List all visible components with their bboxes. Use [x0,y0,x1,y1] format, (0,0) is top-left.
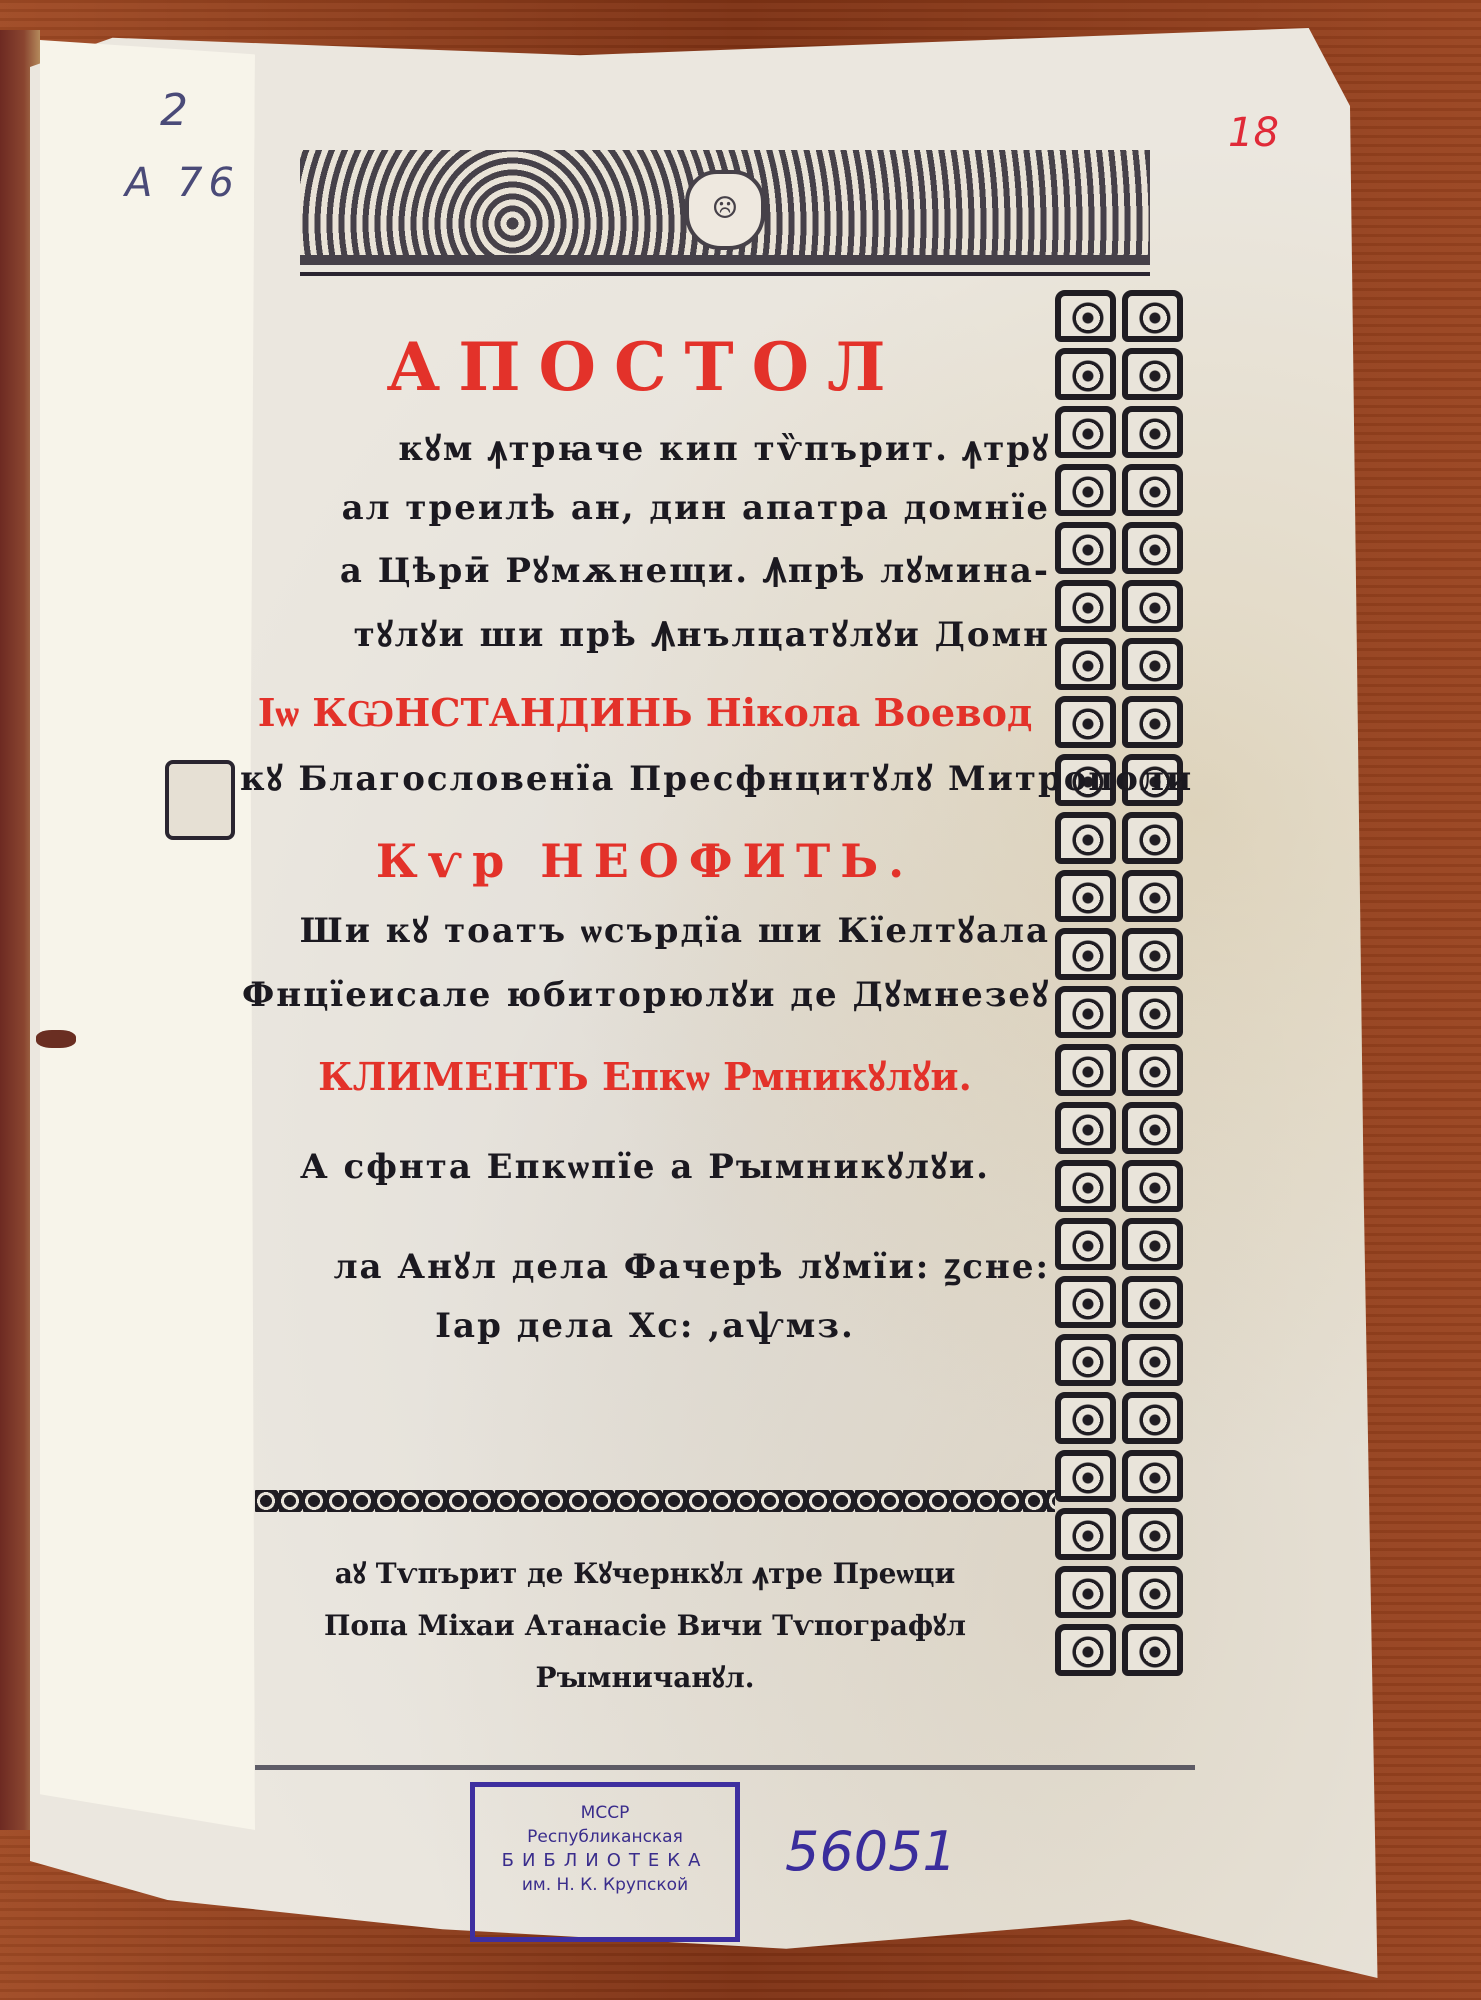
text-line: тꙋлꙋи ши прѣ Ꙟнълцатꙋлꙋи Домн [240,610,1050,656]
year-line: ла Анꙋл дела Фачерѣ лꙋмїи: ꙁсне: [240,1242,1050,1288]
stain [36,1030,76,1048]
text-line: кꙋм ꙟтрꙗче кип тѷпърит. ꙟтрꙋ [240,424,1050,470]
imprint-block: аꙋ Тѵпърит де Кꙋчернкꙋл ꙟтре Преѡци Попа… [240,1540,1050,1696]
zeal-line: Ши кꙋ тоатъ ѡсърдїа ши Кїелтꙋала [240,906,1050,952]
woodcut-headpiece: ☹ [300,150,1150,265]
stamp-line: БИБЛИОТЕКА [475,1849,735,1873]
book-title: АПОСТОЛ [240,328,1050,406]
text-line: а Цѣрӣ Рꙋмѫнещи. Ꙟпрѣ лꙋмина- [240,546,1050,592]
bishop-name: КЛИМЕНТЬ Епкѡ Рмникꙋлꙋи. [240,1050,1050,1102]
blessing-line: кꙋ Благословенїа Пресфнцитꙋлꙋ Митрополи [240,754,1050,800]
stamp-line: Республиканская [475,1825,735,1849]
imprint-line: аꙋ Тѵпърит де Кꙋчернкꙋл ꙟтре Преѡци [240,1554,1050,1592]
imprint-line: Рꙑмничанꙋл. [240,1658,1050,1696]
folio-number: 18 [1228,110,1279,156]
bottom-rule [255,1765,1195,1770]
inventory-number: 56051 [785,1820,957,1883]
stamp-line: им. Н. К. Крупской [475,1873,735,1897]
ornamental-border [1055,290,1183,1750]
title-text-block: АПОСТОЛ кꙋм ꙟтрꙗче кип тѷпърит. ꙟтрꙋ ал … [240,320,1050,1346]
shelf-number: 2 [160,85,188,136]
year-line: Іар дела Хс: ,аѱмз. [240,1306,1050,1346]
metropolitan-name: Кѵр НЕОФИТЬ. [240,834,1050,888]
imprint-line: Попа Міхаи Атанасіе Вичи Тѵпографꙋл [240,1606,1050,1644]
diocese-line: А сфнта Епкѡпїе а Рꙑмникꙋлꙋи. [240,1142,1050,1188]
stamp-line: МССР [475,1801,735,1825]
flyleaf [40,40,255,1830]
library-stamp: МССР Республиканская БИБЛИОТЕКА им. Н. К… [470,1782,740,1942]
headpiece-rule [300,272,1150,276]
ruler-name: Іѡ КѠНСТАНДИНЬ Нікола Воевод [240,690,1050,736]
text-line: ал треилѣ ан, дин апатра домнїе [240,488,1050,528]
shelf-code: A 76 [125,160,240,206]
ornamental-divider [255,1490,1055,1512]
mask-face-icon: ☹ [685,170,765,250]
ornament-fragment [165,760,235,840]
zeal-line: Фнцїеисале юбиторюлꙋи де Дꙋмнезеꙋ [240,970,1050,1016]
